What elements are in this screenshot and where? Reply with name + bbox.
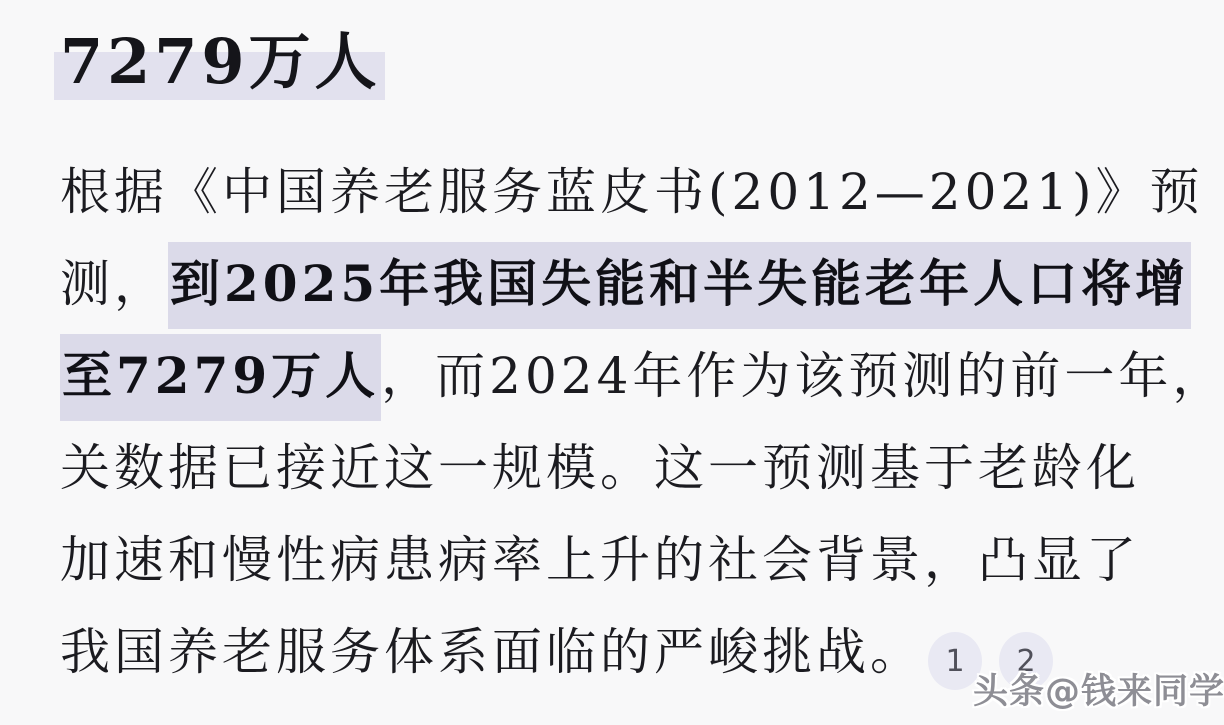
page-title-text: 7279万人 — [60, 25, 381, 98]
article-page: 7279万人 根据《中国养老服务蓝皮书(2012—2021)》预 测，到2025… — [0, 0, 1224, 725]
highlighted-text-segment: 至7279万人 — [60, 334, 381, 421]
text-segment: 加速和慢性病患病率上升的社会背景，凸显了 — [60, 531, 1140, 589]
highlighted-text-segment: 到2025年我国失能和半失能老年人口将增 — [168, 242, 1191, 329]
text-line: 加速和慢性病患病率上升的社会背景，凸显了 — [60, 514, 1224, 606]
text-line: 测，到2025年我国失能和半失能老年人口将增 — [60, 238, 1224, 330]
paragraph: 根据《中国养老服务蓝皮书(2012—2021)》预 测，到2025年我国失能和半… — [60, 146, 1224, 698]
page-title: 7279万人 — [60, 12, 381, 101]
watermark-text: 头条@钱来同学 — [973, 672, 1224, 712]
text-segment: 根据《中国养老服务蓝皮书(2012—2021)》预 — [60, 163, 1204, 221]
text-line: 至7279万人，而2024年作为该预测的前一年，相 — [60, 330, 1224, 422]
text-line: 根据《中国养老服务蓝皮书(2012—2021)》预 — [60, 146, 1224, 238]
text-segment: 测， — [60, 255, 168, 313]
text-segment: ，而2024年作为该预测的前一年，相 — [381, 347, 1224, 405]
watermark: 头条@钱来同学 — [973, 664, 1224, 714]
text-line: 关数据已接近这一规模。这一预测基于老龄化 — [60, 422, 1224, 514]
text-segment: 关数据已接近这一规模。这一预测基于老龄化 — [60, 439, 1140, 497]
text-segment: 我国养老服务体系面临的严峻挑战。 — [60, 623, 924, 681]
